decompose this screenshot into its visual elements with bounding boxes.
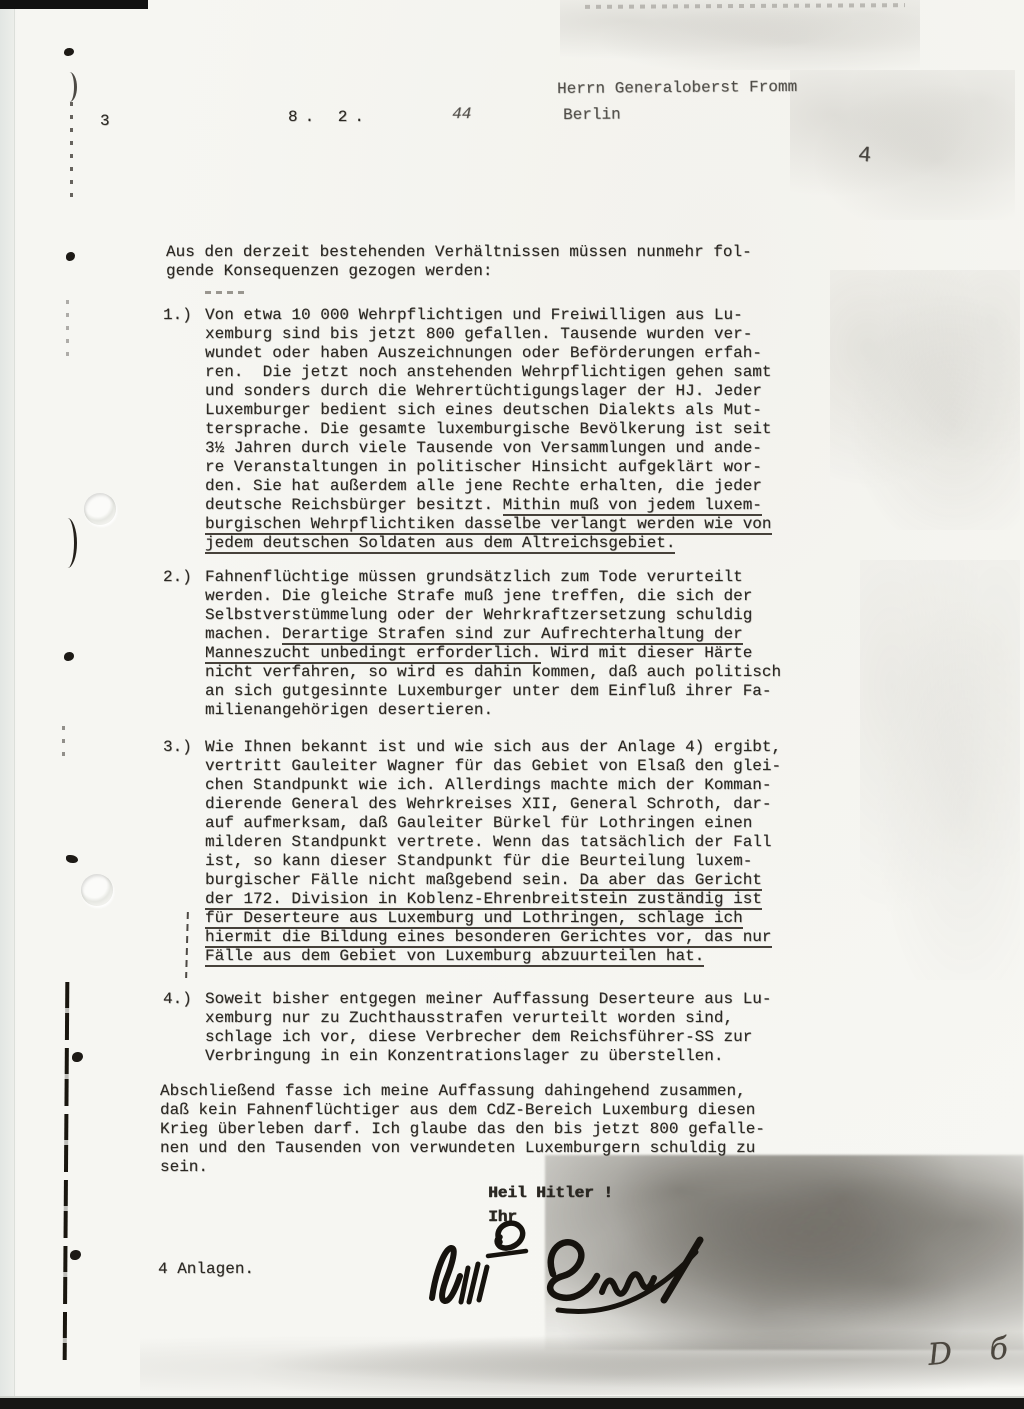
toner-smudge <box>830 270 1020 530</box>
text-segment: vertritt Gauleiter Wagner für das Gebiet… <box>205 757 781 775</box>
underlined-text: Manneszucht unbedingt erforderlich. <box>205 644 541 664</box>
text-segment: schlage ich vor, diese Verbrecher dem Re… <box>205 1028 752 1046</box>
text-line: machen. Derartige Strafen sind zur Aufre… <box>205 625 781 644</box>
text-segment: Soweit bisher entgegen meiner Auffassung… <box>205 990 772 1008</box>
text-line: nen und den Tausenden von verwundeten Lu… <box>160 1139 765 1158</box>
margin-mark <box>64 652 74 661</box>
text-segment: ist, so kann dieser Standpunkt für die B… <box>205 852 752 870</box>
date-day-month: 8. 2. <box>288 108 371 127</box>
date-year: 44 <box>450 105 473 124</box>
numbered-item: 1.)Von etwa 10 000 Wehrpflichtigen und F… <box>163 306 772 553</box>
text-segment: Wird mit dieser Härte <box>541 644 752 662</box>
text-line: Selbstverstümmelung oder der Wehrkraftze… <box>205 606 781 625</box>
text-segment: xemburg nur zu Zuchthausstrafen verurtei… <box>205 1009 733 1027</box>
text-line: xemburg sind bis jetzt 800 gefallen. Tau… <box>205 325 772 344</box>
document-page: Herrn Generaloberst Fromm Berlin 3 8. 2.… <box>0 0 1024 1409</box>
margin-dotted-line <box>62 726 65 760</box>
toner-smudge <box>860 560 1020 980</box>
margin-dotted-line <box>70 102 73 197</box>
text-line: re Veranstaltungen in politischer Hinsic… <box>205 458 772 477</box>
intro-underline-scribble <box>205 291 245 294</box>
text-line: daß kein Fahnenflüchtiger aus dem CdZ-Be… <box>160 1101 765 1120</box>
margin-dotted-line <box>66 300 69 360</box>
underlined-text: Mithin muß von jedem luxem- <box>503 496 762 516</box>
text-line: Luxemburger bedient sich eines deutschen… <box>205 401 772 420</box>
text-line: nicht verfahren, so wird es dahin kommen… <box>205 663 781 682</box>
text-line: Soweit bisher entgegen meiner Auffassung… <box>205 990 772 1009</box>
text-line: Von etwa 10 000 Wehrpflichtigen und Frei… <box>205 306 772 325</box>
text-line: Wie Ihnen bekannt ist und wie sich aus d… <box>205 738 781 757</box>
text-segment: Krieg überleben darf. Ich glaube das den… <box>160 1120 765 1138</box>
recipient-name: Herrn Generaloberst Fromm <box>557 78 797 99</box>
toner-smudge <box>790 70 1015 220</box>
intro-paragraph: Aus den derzeit bestehenden Verhältnisse… <box>166 243 752 281</box>
margin-mark <box>70 1250 81 1260</box>
item-body: Wie Ihnen bekannt ist und wie sich aus d… <box>205 738 781 966</box>
text-segment: daß kein Fahnenflüchtiger aus dem CdZ-Be… <box>160 1101 755 1119</box>
text-segment: milienangehörigen desertieren. <box>205 701 493 719</box>
item-number: 3.) <box>163 738 205 966</box>
text-line: chen Standpunkt wie ich. Allerdings mach… <box>205 776 781 795</box>
text-segment: Abschließend fasse ich meine Auffassung … <box>160 1082 746 1100</box>
underlined-text: Fälle aus dem Gebiet von Luxemburg abzuu… <box>205 947 704 967</box>
scan-top-bar <box>0 0 148 9</box>
text-line: gende Konsequenzen gezogen werden: <box>166 262 752 281</box>
margin-mark <box>64 48 74 56</box>
scan-bottom-bar <box>0 1396 1024 1409</box>
handwritten-mark: D б <box>927 1330 1024 1373</box>
text-segment: auf aufmerksam, daß Gauleiter Bürkel für… <box>205 814 752 832</box>
underlined-text: für Deserteure aus Luxemburg und Lothrin… <box>205 909 743 929</box>
text-line: hiermit die Bildung eines besonderen Ger… <box>205 928 781 947</box>
text-line: und sonders durch die Wehrertüchtigungsl… <box>205 382 772 401</box>
text-line: ren. Die jetzt noch anstehenden Wehrpfli… <box>205 363 772 382</box>
text-segment: nen und den Tausenden von verwundeten Lu… <box>160 1139 755 1157</box>
text-line: deutsche Reichsbürger besitzt. Mithin mu… <box>205 496 772 515</box>
text-segment: Von etwa 10 000 Wehrpflichtigen und Frei… <box>205 306 743 324</box>
text-segment: ren. Die jetzt noch anstehenden Wehrpfli… <box>205 363 772 381</box>
text-line: dierende General des Wehrkreises XII, Ge… <box>205 795 781 814</box>
text-line: schlage ich vor, diese Verbrecher dem Re… <box>205 1028 772 1047</box>
margin-mark <box>62 72 77 102</box>
numbered-item: 4.)Soweit bisher entgegen meiner Auffass… <box>163 990 772 1066</box>
text-segment: burgischer Fälle nicht maßgebend sein. <box>205 871 579 889</box>
underlined-text: Da aber das Gericht <box>579 871 761 891</box>
text-line: auf aufmerksam, daß Gauleiter Bürkel für… <box>205 814 781 833</box>
text-segment: Fahnenflüchtige müssen grundsätzlich zum… <box>205 568 743 586</box>
item-body: Von etwa 10 000 Wehrpflichtigen und Frei… <box>205 306 772 553</box>
text-line: tersprache. Die gesamte luxemburgische B… <box>205 420 772 439</box>
text-line: der 172. Division in Koblenz-Ehrenbreits… <box>205 890 781 909</box>
text-segment: an sich gutgesinnte Luxemburger unter de… <box>205 682 772 700</box>
scan-edge-strip <box>0 0 15 1409</box>
item-body: Soweit bisher entgegen meiner Auffassung… <box>205 990 772 1066</box>
underlined-text: burgischen Wehrpflichtiken dasselbe verl… <box>205 515 772 535</box>
margin-mark <box>66 855 78 863</box>
text-segment: re Veranstaltungen in politischer Hinsic… <box>205 458 762 476</box>
enclosures-note: 4 Anlagen. <box>158 1260 254 1279</box>
text-line: Aus den derzeit bestehenden Verhältnisse… <box>166 243 752 262</box>
text-line: Fälle aus dem Gebiet von Luxemburg abzuu… <box>205 947 781 966</box>
text-line: vertritt Gauleiter Wagner für das Gebiet… <box>205 757 781 776</box>
text-line: burgischen Wehrpflichtiken dasselbe verl… <box>205 515 772 534</box>
punch-hole <box>84 493 116 525</box>
margin-mark <box>58 518 77 568</box>
text-segment: Wie Ihnen bekannt ist und wie sich aus d… <box>205 738 781 756</box>
text-line: ist, so kann dieser Standpunkt für die B… <box>205 852 781 871</box>
punch-hole <box>81 874 113 906</box>
handwritten-signature <box>418 1212 708 1327</box>
text-line: burgischer Fälle nicht maßgebend sein. D… <box>205 871 781 890</box>
text-segment: und sonders durch die Wehrertüchtigungsl… <box>205 382 762 400</box>
text-segment: machen. <box>205 625 282 643</box>
underlined-text: der 172. Division in Koblenz-Ehrenbreits… <box>205 890 762 910</box>
closing-paragraph: Abschließend fasse ich meine Auffassung … <box>160 1082 765 1177</box>
text-segment: sein. <box>160 1158 208 1176</box>
text-line: 3½ Jahren durch viele Tausende von Versa… <box>205 439 772 458</box>
text-segment: gende Konsequenzen gezogen werden: <box>166 262 492 280</box>
margin-mark <box>72 1052 83 1062</box>
text-segment: milderen Standpunkt vertrete. Wenn das t… <box>205 833 772 851</box>
scan-dotted-line <box>585 3 905 9</box>
recipient-city: Berlin <box>563 105 621 125</box>
text-segment: nicht verfahren, so wird es dahin kommen… <box>205 663 781 681</box>
text-line: Krieg überleben darf. Ich glaube das den… <box>160 1120 765 1139</box>
text-line: Verbringung in ein Konzentrationslager z… <box>205 1047 772 1066</box>
text-segment: Aus den derzeit bestehenden Verhältnisse… <box>166 243 752 261</box>
text-segment: tersprache. Die gesamte luxemburgische B… <box>205 420 772 438</box>
text-line: jedem deutschen Soldaten aus dem Altreic… <box>205 534 772 553</box>
underlined-text: hiermit die Bildung eines besonderen Ger… <box>205 928 772 948</box>
underlined-text: jedem deutschen Soldaten aus dem Altreic… <box>205 534 675 554</box>
text-line: xemburg nur zu Zuchthausstrafen verurtei… <box>205 1009 772 1028</box>
toner-smudge <box>560 0 920 70</box>
scan-fold-line <box>63 982 70 1360</box>
text-segment: dierende General des Wehrkreises XII, Ge… <box>205 795 772 813</box>
margin-number: 3 <box>100 112 110 131</box>
text-line: Manneszucht unbedingt erforderlich. Wird… <box>205 644 781 663</box>
text-segment: 3½ Jahren durch viele Tausende von Versa… <box>205 439 762 457</box>
text-segment: deutsche Reichsbürger besitzt. <box>205 496 503 514</box>
text-line: milderen Standpunkt vertrete. Wenn das t… <box>205 833 781 852</box>
text-line: werden. Die gleiche Strafe muß jene tref… <box>205 587 781 606</box>
numbered-item: 2.)Fahnenflüchtige müssen grundsätzlich … <box>163 568 781 720</box>
item-body: Fahnenflüchtige müssen grundsätzlich zum… <box>205 568 781 720</box>
underlined-text: Derartige Strafen sind zur Aufrechterhal… <box>282 625 743 645</box>
text-line: wundet oder haben Auszeichnungen oder Be… <box>205 344 772 363</box>
text-segment: den. Sie hat außerdem alle jene Rechte e… <box>205 477 762 495</box>
text-segment: wundet oder haben Auszeichnungen oder Be… <box>205 344 762 362</box>
item-number: 2.) <box>163 568 205 720</box>
text-segment: chen Standpunkt wie ich. Allerdings mach… <box>205 776 772 794</box>
page-number: 4 <box>857 146 871 166</box>
text-line: sein. <box>160 1158 765 1177</box>
text-segment: Verbringung in ein Konzentrationslager z… <box>205 1047 723 1065</box>
numbered-item: 3.)Wie Ihnen bekannt ist und wie sich au… <box>163 738 781 966</box>
text-segment: Luxemburger bedient sich eines deutschen… <box>205 401 762 419</box>
text-line: den. Sie hat außerdem alle jene Rechte e… <box>205 477 772 496</box>
text-line: Fahnenflüchtige müssen grundsätzlich zum… <box>205 568 781 587</box>
text-segment: xemburg sind bis jetzt 800 gefallen. Tau… <box>205 325 752 343</box>
text-line: Abschließend fasse ich meine Auffassung … <box>160 1082 765 1101</box>
item-number: 4.) <box>163 990 205 1066</box>
text-line: milienangehörigen desertieren. <box>205 701 781 720</box>
text-segment: Selbstverstümmelung oder der Wehrkraftze… <box>205 606 752 624</box>
text-segment: werden. Die gleiche Strafe muß jene tref… <box>205 587 752 605</box>
margin-mark <box>66 252 75 261</box>
toner-smudge <box>140 1325 1024 1395</box>
item-number: 1.) <box>163 306 205 553</box>
salutation: Heil Hitler ! <box>488 1184 613 1203</box>
text-line: für Deserteure aus Luxemburg und Lothrin… <box>205 909 781 928</box>
text-line: an sich gutgesinnte Luxemburger unter de… <box>205 682 781 701</box>
